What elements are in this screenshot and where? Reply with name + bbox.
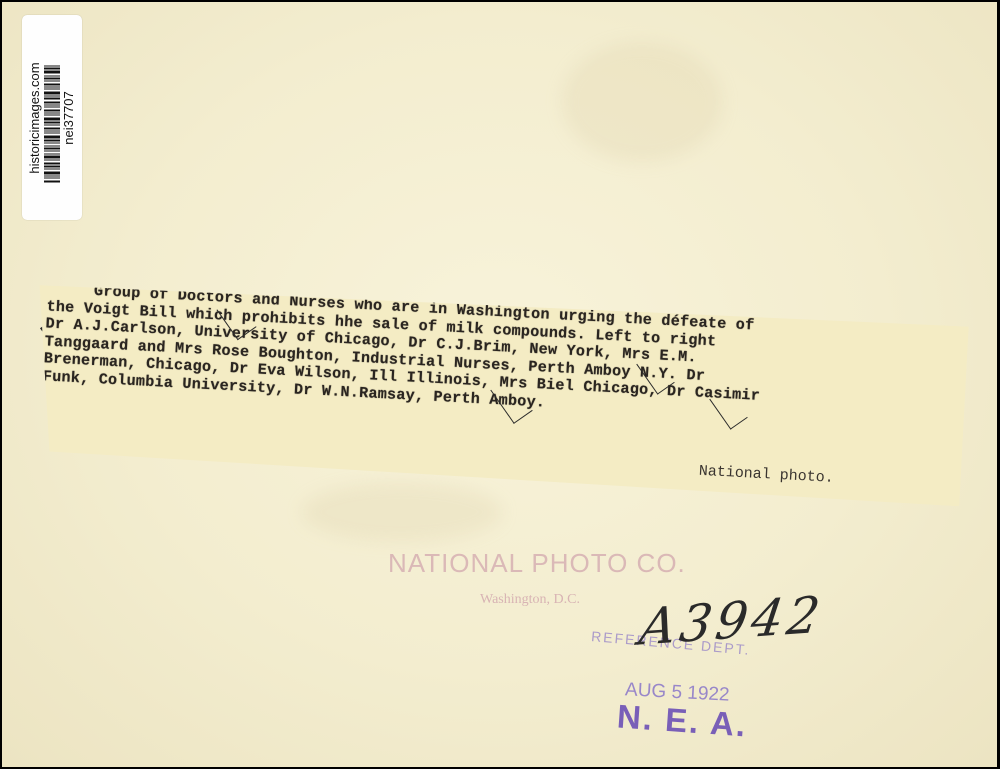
archive-label: historicimages.com nei37707: [22, 15, 82, 220]
paper-stain: [562, 42, 722, 162]
label-site: historicimages.com: [28, 62, 42, 173]
company-stamp: NATIONAL PHOTO CO.: [388, 548, 686, 579]
barcode-icon: [44, 53, 60, 183]
company-city-stamp: Washington, D.C.: [480, 592, 580, 608]
caption-credit: National photo.: [698, 463, 834, 487]
label-id: nei37707: [62, 91, 76, 145]
paper-stain: [302, 482, 502, 542]
